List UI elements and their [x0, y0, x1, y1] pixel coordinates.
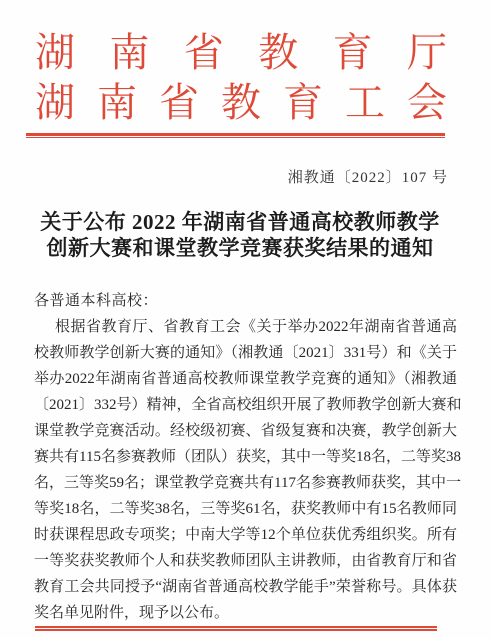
document-title-line: 关于公布 2022 年湖南省普通高校教师教学 — [20, 209, 460, 235]
paragraph-line: 时获课程思政专项奖；中南大学等12个单位获优秀组织奖。所有 — [34, 522, 457, 548]
salutation: 各普通本科高校： — [34, 288, 457, 314]
document-title: 关于公布 2022 年湖南省普通高校教师教学创新大赛和课堂教学竞赛获奖结果的通知 — [20, 209, 460, 261]
document-title-line: 创新大赛和课堂教学竞赛获奖结果的通知 — [20, 235, 460, 261]
paragraph-line: 课堂教学竞赛活动。经校级初赛、省级复赛和决赛，教学创新大 — [34, 418, 457, 444]
document-number: 湘教通〔2022〕107 号 — [35, 170, 448, 186]
document-page: 湖南省教育厅湖南省教育工会 湘教通〔2022〕107 号 关于公布 2022 年… — [0, 0, 492, 638]
paragraph-line: 名，三等奖59名；课堂教学竞赛共有117名参赛教师获奖，其中一 — [34, 470, 457, 496]
document-body: 各普通本科高校： 根据省教育厅、省教育工会《关于举办2022年湖南省普通高校教师… — [34, 288, 457, 626]
body-paragraph: 根据省教育厅、省教育工会《关于举办2022年湖南省普通高校教师教学创新大赛的通知… — [34, 314, 457, 626]
paragraph-line: 赛共有115名参赛教师（团队）获奖，其中一等奖18名，二等奖38 — [34, 444, 457, 470]
letterhead: 湖南省教育厅湖南省教育工会 — [35, 28, 447, 128]
paragraph-line: 举办2022年湖南省普通高校教师课堂教学竞赛的通知》（湘教通 — [34, 366, 457, 392]
letterhead-line: 湖南省教育工会 — [35, 78, 447, 128]
footer-divider-line — [35, 626, 437, 631]
letterhead-line: 湖南省教育厅 — [35, 28, 447, 78]
paragraph-line: 〔2021〕332号）精神，全省高校组织开展了教师教学创新大赛和 — [34, 392, 457, 418]
paragraph-line: 奖名单见附件，现予以公布。 — [34, 600, 457, 626]
paragraph-line: 根据省教育厅、省教育工会《关于举办2022年湖南省普通高 — [34, 314, 457, 340]
paragraph-line: 校教师教学创新大赛的通知》（湘教通〔2021〕331号）和《关于 — [34, 340, 457, 366]
paragraph-line: 一等奖获奖教师个人和获奖教师团队主讲教师，由省教育厅和省 — [34, 548, 457, 574]
header-divider-line — [26, 133, 445, 138]
paragraph-line: 教育工会共同授予“湖南省普通高校教学能手”荣誉称号。具体获 — [34, 574, 457, 600]
paragraph-line: 等奖18名，二等奖38名，三等奖61名，获奖教师中有15名教师同 — [34, 496, 457, 522]
